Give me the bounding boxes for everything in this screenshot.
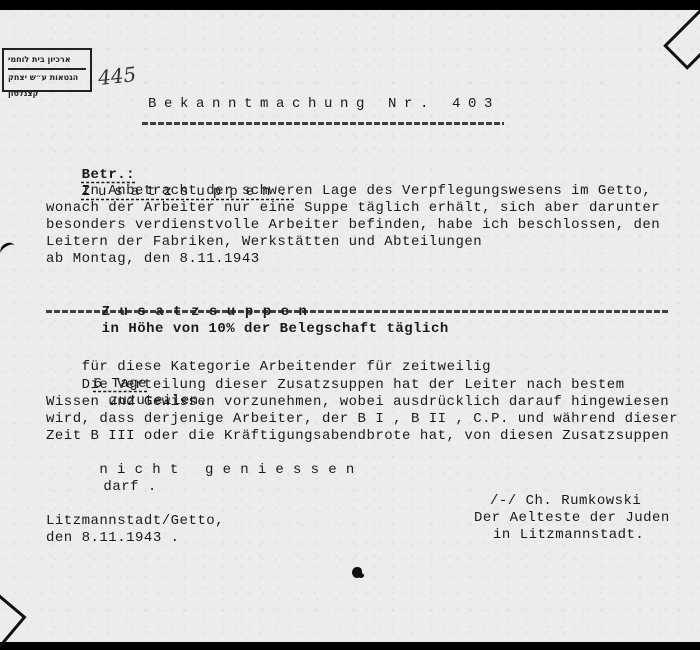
handwritten-number: 445: [97, 62, 137, 90]
document-page: ארכיון בית לוחמי הגטאות ע״ש יצחק קצנלסון…: [0, 10, 700, 642]
margin-mark: [0, 240, 18, 259]
photo-corner-mount: [663, 6, 700, 70]
signature-title: Der Aelteste der Juden: [474, 510, 670, 527]
allocation-before: für diese Kategorie Arbeitender für zeit…: [82, 359, 491, 375]
highlight-underline: [46, 310, 668, 313]
paragraph-1-line: wonach der Arbeiter nur eine Suppe tägli…: [46, 200, 660, 217]
paragraph-2-line: Die Verteilung dieser Zusatzsuppen hat d…: [46, 377, 625, 394]
title-underline: [142, 122, 504, 125]
paragraph-2-line: wird, dass derjenige Arbeiter, der B I ,…: [46, 411, 678, 428]
signature-location: in Litzmannstadt.: [493, 527, 644, 544]
closing-spaced: nicht geniessen: [99, 462, 363, 478]
ink-blot: [358, 573, 364, 578]
closing-line: nicht geniessen darf .: [46, 445, 363, 513]
subject-label: Betr.:: [82, 167, 135, 183]
archive-stamp-line-1: ארכיון בית לוחמי: [8, 52, 86, 70]
paragraph-2-line: Zeit B III oder die Kräftigungsabendbrot…: [46, 428, 669, 445]
place: Litzmannstadt/Getto,: [46, 513, 224, 530]
paragraph-1-line: ab Montag, den 8.11.1943: [46, 251, 260, 268]
archive-stamp: ארכיון בית לוחמי הגטאות ע״ש יצחק קצנלסון: [2, 48, 92, 92]
paragraph-1-line: besonders verdienstvolle Arbeiter befind…: [46, 217, 660, 234]
paragraph-1-line: In Anbetracht der schweren Lage des Verp…: [46, 183, 651, 200]
paragraph-2-line: Wissen und Gewissen vorzunehmen, wobei a…: [46, 394, 669, 411]
paragraph-1-line: Leitern der Fabriken, Werkstätten und Ab…: [46, 234, 482, 251]
archive-stamp-line-2: הגטאות ע״ש יצחק קצנלסון: [8, 70, 86, 102]
closing-rest: darf .: [103, 479, 156, 495]
document-title: Bekanntmachung Nr. 403: [148, 96, 500, 113]
photo-corner-mount: [0, 594, 27, 650]
highlight-rest: in Höhe von 10% der Belegschaft täglich: [102, 321, 449, 337]
signature-name: /-/ Ch. Rumkowski: [490, 493, 641, 510]
date: den 8.11.1943 .: [46, 530, 180, 547]
